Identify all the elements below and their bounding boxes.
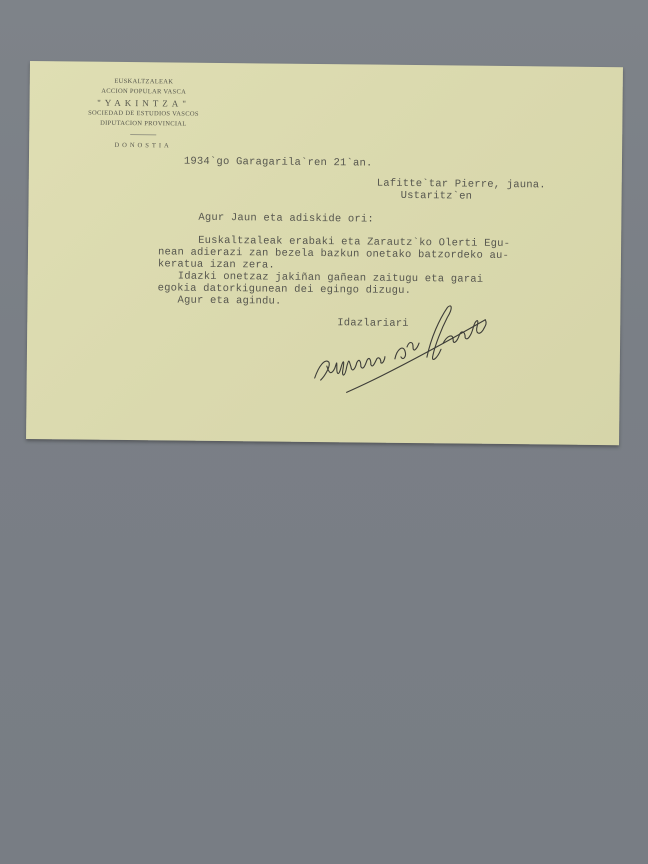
recipient-place: Ustaritz`en: [401, 191, 473, 203]
letterhead-city: DONOSTIA: [81, 141, 205, 152]
letterhead-divider: [130, 134, 156, 135]
letter-date: 1934`go Garagarila`ren 21`an.: [184, 157, 373, 170]
body-line: Agur eta agindu.: [177, 296, 281, 309]
handwritten-signature: [307, 296, 498, 398]
letterhead: EUSKALTZALEAK ACCION POPULAR VASCA "YAKI…: [81, 77, 206, 152]
salutation: Agur Jaun eta adiskide ori:: [198, 213, 374, 226]
letter-paper: EUSKALTZALEAK ACCION POPULAR VASCA "YAKI…: [26, 61, 623, 445]
letterhead-diputacion: DIPUTACION PROVINCIAL: [81, 119, 205, 130]
